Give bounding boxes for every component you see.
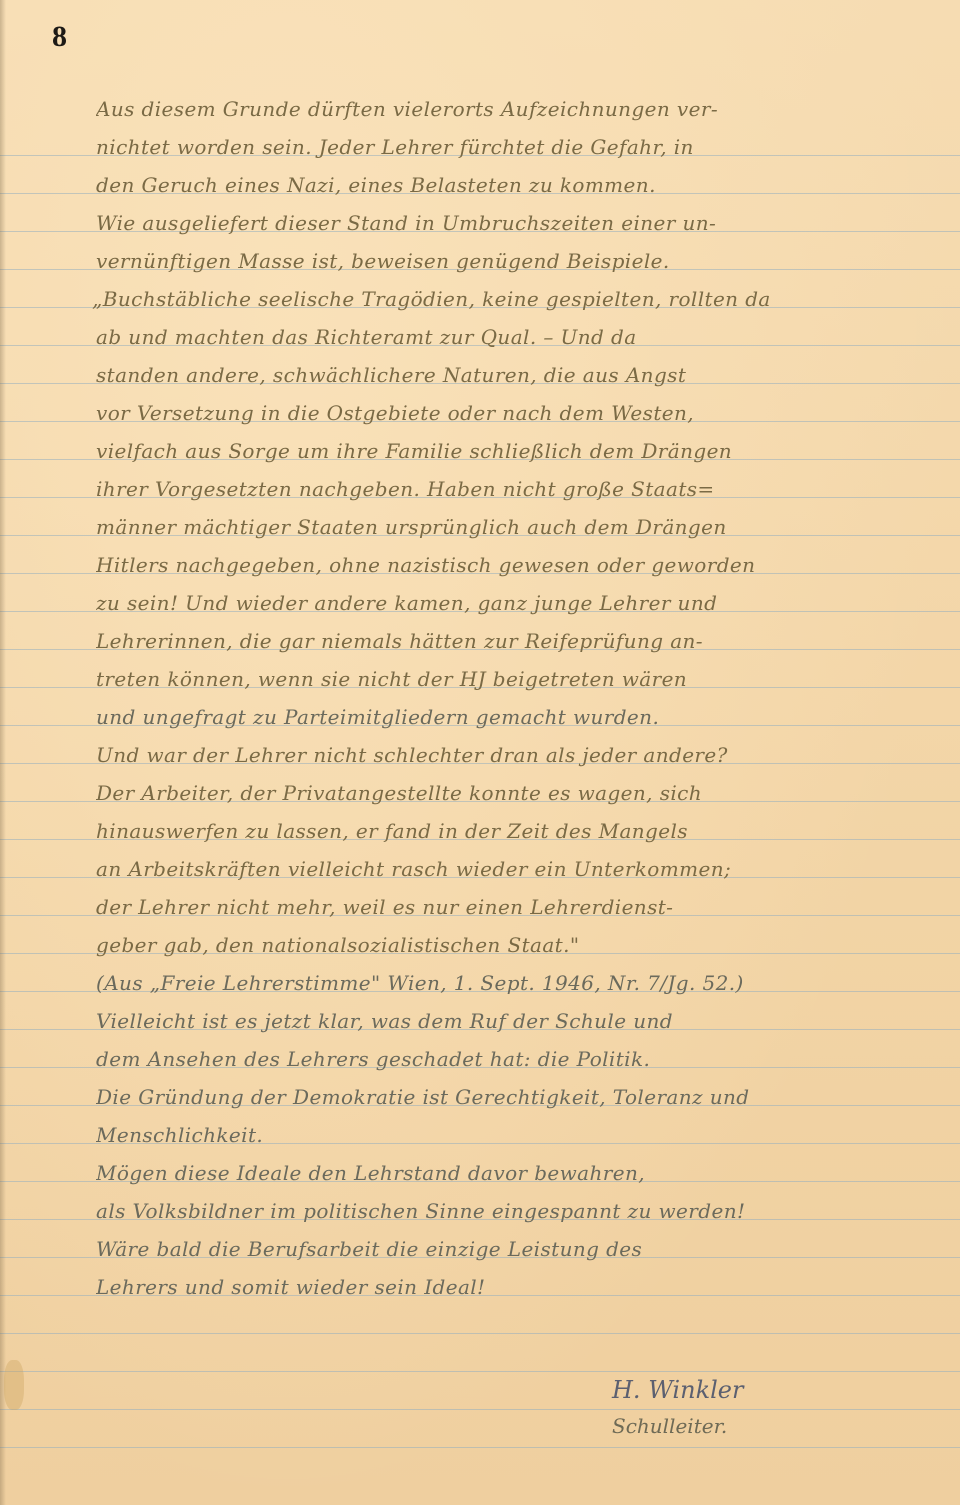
signature-block: H. Winkler Schulleiter. (612, 1372, 743, 1444)
text-line: standen andere, schwächlichere Naturen, … (96, 356, 936, 394)
text-line: Vielleicht ist es jetzt klar, was dem Ru… (96, 1002, 936, 1040)
text-line: vor Versetzung in die Ostgebiete oder na… (96, 394, 936, 432)
text-line: den Geruch eines Nazi, eines Belasteten … (96, 166, 936, 204)
text-line: ab und machten das Richteramt zur Qual. … (96, 318, 936, 356)
text-line: Der Arbeiter, der Privatangestellte konn… (96, 774, 936, 812)
text-line: nichtet worden sein. Jeder Lehrer fürcht… (96, 128, 936, 166)
text-line: geber gab, den nationalsozialistischen S… (96, 926, 936, 964)
text-line: dem Ansehen des Lehrers geschadet hat: d… (96, 1040, 936, 1078)
text-line: und ungefragt zu Parteimitgliedern gemac… (96, 698, 936, 736)
text-line: treten können, wenn sie nicht der HJ bei… (96, 660, 936, 698)
text-line: zu sein! Und wieder andere kamen, ganz j… (96, 584, 936, 622)
text-line: hinauswerfen zu lassen, er fand in der Z… (96, 812, 936, 850)
signature-title: Schulleiter. (612, 1408, 743, 1444)
page-number: 8 (52, 20, 67, 54)
text-line: vielfach aus Sorge um ihre Familie schli… (96, 432, 936, 470)
text-line: Menschlichkeit. (96, 1116, 936, 1154)
text-line: Lehrers und somit wieder sein Ideal! (96, 1268, 936, 1306)
text-line: Aus diesem Grunde dürften vielerorts Auf… (96, 90, 936, 128)
paper-stain (4, 1360, 24, 1410)
text-line: männer mächtiger Staaten ursprünglich au… (96, 508, 936, 546)
text-line: „Buchstäbliche seelische Tragödien, kein… (92, 280, 936, 318)
text-line: ihrer Vorgesetzten nachgeben. Haben nich… (96, 470, 936, 508)
document-page: 8 Aus diesem Grunde dürften vielerorts A… (0, 0, 960, 1505)
signature-name: H. Winkler (612, 1372, 743, 1408)
text-line: Und war der Lehrer nicht schlechter dran… (96, 736, 936, 774)
citation-line: (Aus „Freie Lehrerstimme" Wien, 1. Sept.… (96, 964, 936, 1002)
handwritten-text-block: Aus diesem Grunde dürften vielerorts Auf… (96, 90, 936, 1306)
text-line: Die Gründung der Demokratie ist Gerechti… (96, 1078, 936, 1116)
text-line: an Arbeitskräften vielleicht rasch wiede… (96, 850, 936, 888)
text-line: als Volksbildner im politischen Sinne ei… (96, 1192, 936, 1230)
text-line: der Lehrer nicht mehr, weil es nur einen… (96, 888, 936, 926)
text-line: vernünftigen Masse ist, beweisen genügen… (96, 242, 936, 280)
text-line: Mögen diese Ideale den Lehrstand davor b… (96, 1154, 936, 1192)
text-line: Wie ausgeliefert dieser Stand in Umbruch… (96, 204, 936, 242)
text-line: Hitlers nachgegeben, ohne nazistisch gew… (96, 546, 936, 584)
text-line: Wäre bald die Berufsarbeit die einzige L… (96, 1230, 936, 1268)
text-line: Lehrerinnen, die gar niemals hätten zur … (96, 622, 936, 660)
page-edge-shadow (0, 0, 6, 1505)
